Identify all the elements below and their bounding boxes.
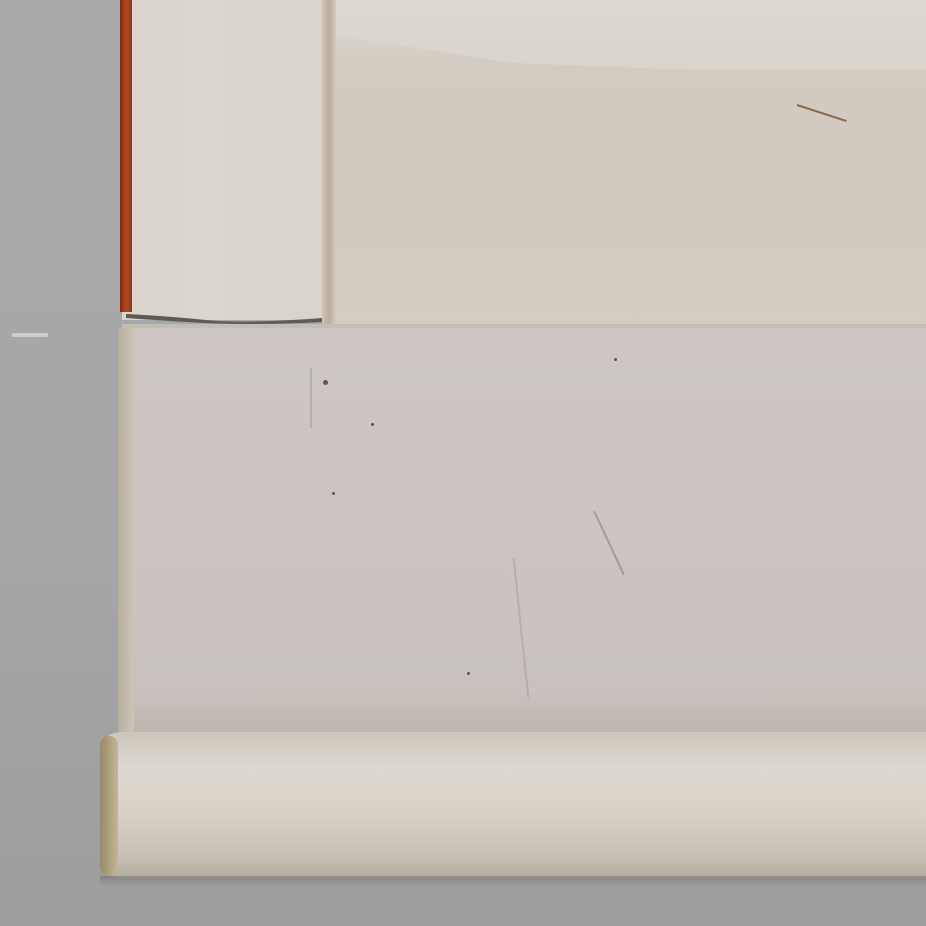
foxing-spot [371,423,374,426]
lighter-paper-band [336,0,926,70]
foxing-spot [614,358,617,361]
paper-crease [310,368,312,428]
scroll-roller [100,732,926,878]
paper-crease [513,558,530,697]
scroll-lower-panel [118,328,926,734]
roller-shadow [100,876,926,886]
foxing-spot [467,672,470,675]
mounting-vertical-strip [322,0,336,330]
scroll-mounting-left-panel [122,0,334,320]
red-border-edge [120,0,132,312]
scroll-mounting-right-panel [336,0,926,328]
paper-crease [593,511,624,575]
foxing-spot [332,492,335,495]
lower-panel-edge [118,328,134,734]
roller-end-cap [100,736,118,876]
foxing-spot [323,380,328,385]
wall-mark [12,333,48,337]
